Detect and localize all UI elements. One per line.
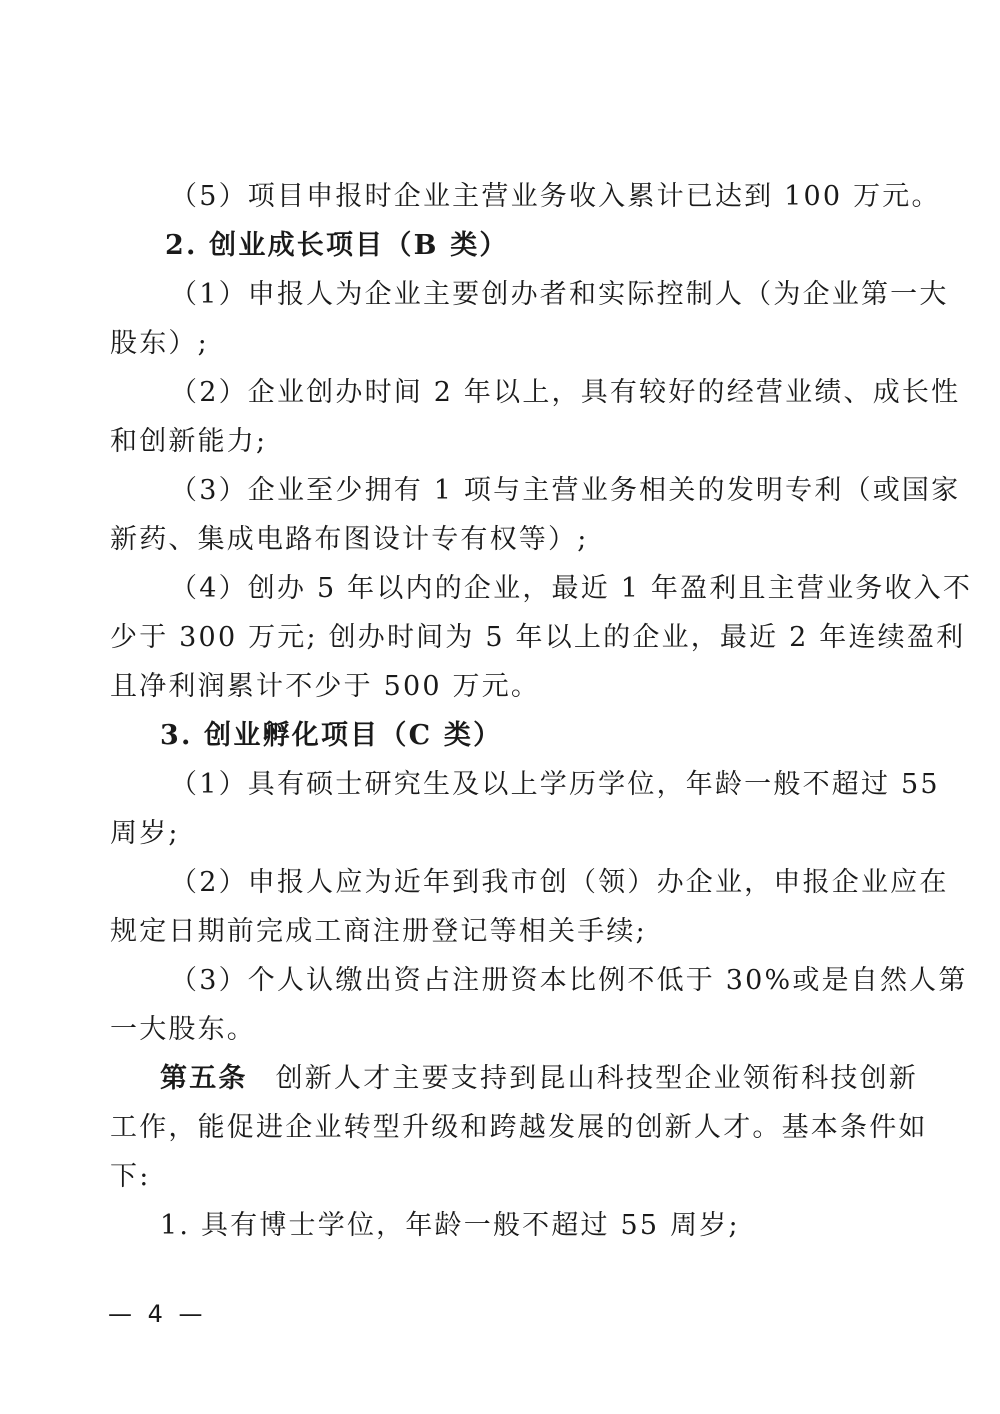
- item-c2-cont: 规定日期前完成工商注册登记等相关手续;: [110, 915, 647, 949]
- article-label: 第五条: [160, 1063, 248, 1094]
- item-b1-cont: 股东）;: [110, 327, 209, 361]
- item-c1-cont: 周岁;: [110, 817, 180, 851]
- item-b4-cont1: 少于 300 万元; 创办时间为 5 年以上的企业，最近 2 年连续盈利: [110, 621, 965, 655]
- item-c3: （3）个人认缴出资占注册资本比例不低于 30%或是自然人第: [170, 964, 968, 998]
- heading-b-category: 2. 创业成长项目（B 类）: [165, 229, 509, 263]
- article-5-line2: 工作，能促进企业转型升级和跨越发展的创新人才。基本条件如: [110, 1111, 928, 1145]
- item-b3-cont: 新药、集成电路布图设计专有权等）;: [110, 523, 589, 557]
- article-5-line1: 第五条创新人才主要支持到昆山科技型企业领衔科技创新: [160, 1062, 918, 1096]
- item-c3-cont: 一大股东。: [110, 1013, 256, 1047]
- document-page: （5）项目申报时企业主营业务收入累计已达到 100 万元。 2. 创业成长项目（…: [0, 0, 1000, 1414]
- item-b3: （3）企业至少拥有 1 项与主营业务相关的发明专利（或国家: [170, 474, 960, 508]
- article-5-line3: 下:: [110, 1160, 151, 1194]
- page-number: — 4 —: [108, 1300, 207, 1328]
- condition-1: 1. 具有博士学位，年龄一般不超过 55 周岁;: [160, 1209, 740, 1243]
- item-b2: （2）企业创办时间 2 年以上，具有较好的经营业绩、成长性: [170, 376, 960, 410]
- item-a5: （5）项目申报时企业主营业务收入累计已达到 100 万元。: [170, 180, 941, 214]
- item-c1: （1）具有硕士研究生及以上学历学位，年龄一般不超过 55: [170, 768, 940, 802]
- item-b4-cont2: 且净利润累计不少于 500 万元。: [110, 670, 540, 704]
- item-c2: （2）申报人应为近年到我市创（领）办企业，申报企业应在: [170, 866, 949, 900]
- item-b4: （4）创办 5 年以内的企业，最近 1 年盈利且主营业务收入不: [170, 572, 972, 606]
- heading-c-category: 3. 创业孵化项目（C 类）: [160, 719, 502, 753]
- item-b2-cont: 和创新能力;: [110, 425, 267, 459]
- article-5-text: 创新人才主要支持到昆山科技型企业领衔科技创新: [276, 1063, 918, 1094]
- item-b1: （1）申报人为企业主要创办者和实际控制人（为企业第一大: [170, 278, 949, 312]
